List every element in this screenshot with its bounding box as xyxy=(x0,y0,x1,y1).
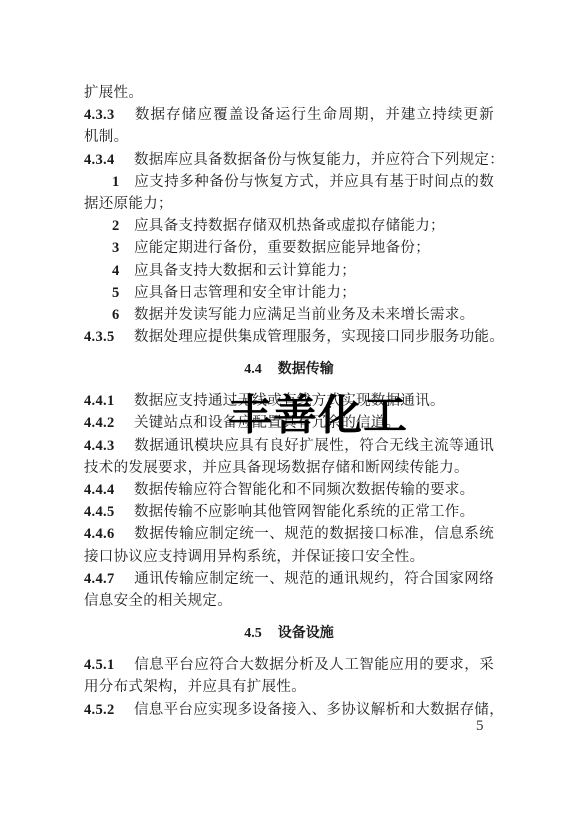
line-text: 数据应支持通过无线或有线方式实现数据通讯。 xyxy=(134,393,445,409)
line-text: 数据库应具备数据备份与恢复能力，并应符合下列规定： xyxy=(134,152,504,168)
line-text: 信息平台应实现多设备接入、多协议解析和大数据存储， xyxy=(134,702,504,718)
heading-title: 数据传输 xyxy=(278,361,334,377)
section-4-5-body: 4.5.1信息平台应符合大数据分析及人工智能应用的要求，采用分布式架构，并应具有… xyxy=(84,654,494,721)
page-number: 5 xyxy=(476,718,484,735)
clause-number: 4.4.4 xyxy=(84,479,134,501)
line-text: 机制。 xyxy=(84,129,128,145)
list-item-line: 5应具备日志管理和安全审计能力； xyxy=(84,282,494,304)
clause-line: 4.3.5数据处理应提供集成管理服务，实现接口同步服务功能。 xyxy=(84,326,494,348)
line-text: 应能定期进行备份，重要数据应能异地备份； xyxy=(134,240,430,256)
clause-number: 4.4.7 xyxy=(84,568,134,590)
item-number: 2 xyxy=(84,215,134,237)
list-item-line: 2应具备支持数据存储双机热备或虚拟存储能力； xyxy=(84,215,494,237)
clause-line: 4.4.7通讯传输应制定统一、规范的通讯规约，符合国家网络 xyxy=(84,568,494,590)
line-text: 应具备支持大数据和云计算能力； xyxy=(134,263,356,279)
line-text: 应支持多种备份与恢复方式，并应具有基于时间点的数 xyxy=(134,174,494,190)
line-text: 应具备日志管理和安全审计能力； xyxy=(134,285,356,301)
clause-number: 4.4.6 xyxy=(84,523,134,545)
clause-line: 4.4.6数据传输应制定统一、规范的数据接口标准，信息系统 xyxy=(84,523,494,545)
continuation-line: 技术的发展要求，并应具备现场数据存储和断网续传能力。 xyxy=(84,457,494,479)
section-heading-4-5: 4.5设备设施 xyxy=(84,622,494,644)
continuation-line: 扩展性。 xyxy=(84,82,494,104)
item-number: 6 xyxy=(84,304,134,326)
item-number: 4 xyxy=(84,260,134,282)
line-text: 数据并发读写能力应满足当前业务及未来增长需求。 xyxy=(134,307,474,323)
section-heading-4-4: 4.4数据传输 xyxy=(84,358,494,380)
line-text: 通讯传输应制定统一、规范的通讯规约，符合国家网络 xyxy=(134,571,494,587)
list-item-line: 3应能定期进行备份，重要数据应能异地备份； xyxy=(84,237,494,259)
page-body: 扩展性。4.3.3数据存储应覆盖设备运行生命周期，并建立持续更新机制。4.3.4… xyxy=(84,82,494,721)
clause-number: 4.5.2 xyxy=(84,699,134,721)
clause-line: 4.4.5数据传输不应影响其他管网智能化系统的正常工作。 xyxy=(84,501,494,523)
list-item-line: 1应支持多种备份与恢复方式，并应具有基于时间点的数 xyxy=(84,171,494,193)
item-number: 3 xyxy=(84,237,134,259)
clause-number: 4.4.2 xyxy=(84,412,134,434)
continuation-line: 机制。 xyxy=(84,126,494,148)
clause-line: 4.4.2关键站点和设备应配置具有冗余的信道。 xyxy=(84,412,494,434)
continuation-line: 接口协议应支持调用异构系统，并保证接口安全性。 xyxy=(84,546,494,568)
line-text: 数据通讯模块应具有良好扩展性，符合无线主流等通讯 xyxy=(134,438,494,454)
clause-number: 4.4.5 xyxy=(84,501,134,523)
clause-number: 4.4.1 xyxy=(84,390,134,412)
line-text: 技术的发展要求，并应具备现场数据存储和断网续传能力。 xyxy=(84,460,469,476)
clause-line: 4.4.1数据应支持通过无线或有线方式实现数据通讯。 xyxy=(84,390,494,412)
heading-number: 4.5 xyxy=(244,626,262,641)
continuation-line: 用分布式架构，并应具有扩展性。 xyxy=(84,676,494,698)
line-text: 接口协议应支持调用异构系统，并保证接口安全性。 xyxy=(84,549,424,565)
item-number: 5 xyxy=(84,282,134,304)
clause-number: 4.4.3 xyxy=(84,435,134,457)
clause-line: 4.3.4数据库应具备数据备份与恢复能力，并应符合下列规定： xyxy=(84,149,494,171)
line-text: 信息平台应符合大数据分析及人工智能应用的要求，采 xyxy=(134,657,494,673)
list-item-line: 4应具备支持大数据和云计算能力； xyxy=(84,260,494,282)
continuation-line: 据还原能力； xyxy=(84,193,494,215)
clause-line: 4.5.1信息平台应符合大数据分析及人工智能应用的要求，采 xyxy=(84,654,494,676)
line-text: 信息安全的相关规定。 xyxy=(84,593,232,609)
clause-line: 4.4.3数据通讯模块应具有良好扩展性，符合无线主流等通讯 xyxy=(84,435,494,457)
clause-number: 4.3.4 xyxy=(84,149,134,171)
line-text: 数据传输应制定统一、规范的数据接口标准，信息系统 xyxy=(134,526,494,542)
line-text: 数据传输应符合智能化和不同频次数据传输的要求。 xyxy=(134,482,474,498)
line-text: 数据存储应覆盖设备运行生命周期，并建立持续更新 xyxy=(134,107,494,123)
clause-line: 4.5.2信息平台应实现多设备接入、多协议解析和大数据存储， xyxy=(84,699,494,721)
item-number: 1 xyxy=(84,171,134,193)
line-text: 关键站点和设备应配置具有冗余的信道。 xyxy=(134,415,400,431)
line-text: 据还原能力； xyxy=(84,196,173,212)
clause-number: 4.5.1 xyxy=(84,654,134,676)
section-4-4-body: 4.4.1数据应支持通过无线或有线方式实现数据通讯。4.4.2关键站点和设备应配… xyxy=(84,390,494,612)
clause-line: 4.4.4数据传输应符合智能化和不同频次数据传输的要求。 xyxy=(84,479,494,501)
section-4-3-continuation: 扩展性。4.3.3数据存储应覆盖设备运行生命周期，并建立持续更新机制。4.3.4… xyxy=(84,82,494,348)
heading-title: 设备设施 xyxy=(278,625,334,641)
clause-line: 4.3.3数据存储应覆盖设备运行生命周期，并建立持续更新 xyxy=(84,104,494,126)
line-text: 用分布式架构，并应具有扩展性。 xyxy=(84,679,306,695)
continuation-line: 信息安全的相关规定。 xyxy=(84,590,494,612)
clause-number: 4.3.3 xyxy=(84,104,134,126)
clause-number: 4.3.5 xyxy=(84,326,134,348)
line-text: 扩展性。 xyxy=(84,85,143,101)
list-item-line: 6数据并发读写能力应满足当前业务及未来增长需求。 xyxy=(84,304,494,326)
line-text: 数据处理应提供集成管理服务，实现接口同步服务功能。 xyxy=(134,329,504,345)
line-text: 应具备支持数据存储双机热备或虚拟存储能力； xyxy=(134,218,445,234)
heading-number: 4.4 xyxy=(244,362,262,377)
line-text: 数据传输不应影响其他管网智能化系统的正常工作。 xyxy=(134,504,474,520)
